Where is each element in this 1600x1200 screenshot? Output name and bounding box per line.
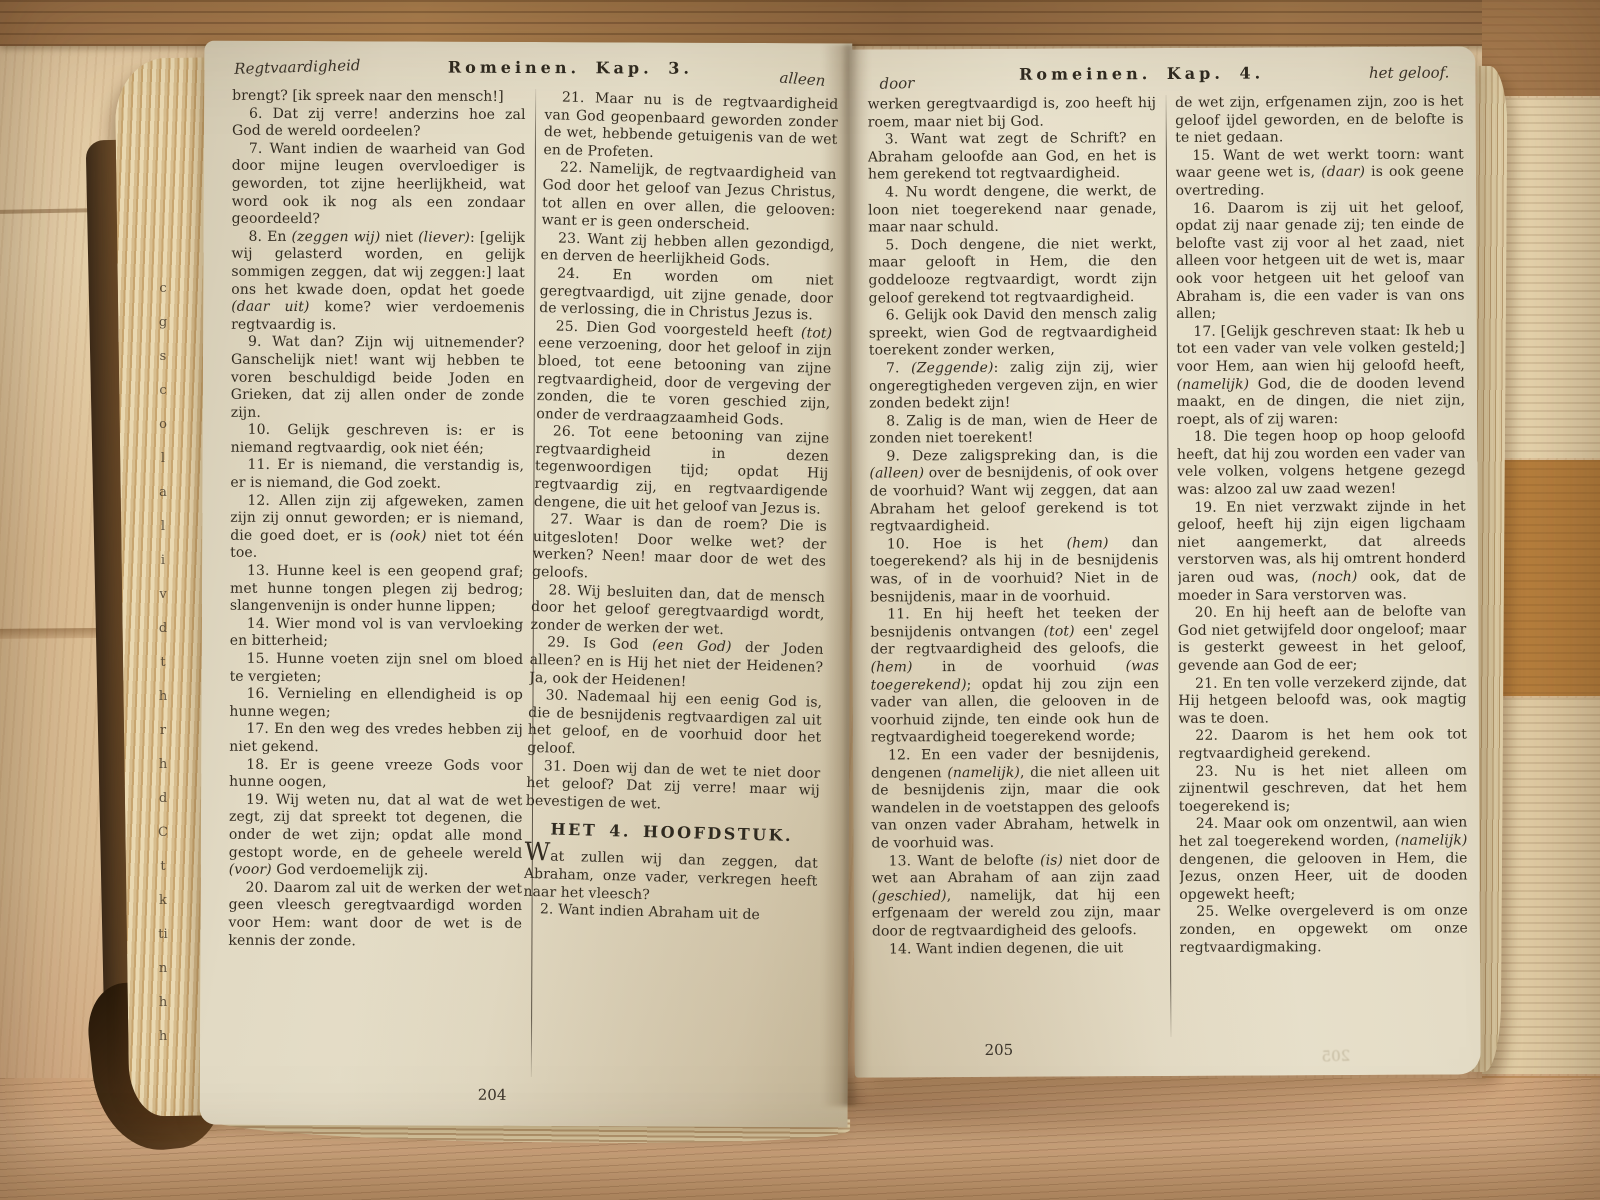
verse-paragraph: 5. Doch dengene, die niet werkt, maar ge… bbox=[868, 236, 1157, 308]
verse-paragraph: 7. (Zeggende): zalig zijn zij, wier onge… bbox=[869, 359, 1158, 413]
verse-paragraph: 12. En een vader der besnijdenis, dengen… bbox=[871, 746, 1160, 853]
page-number: 204 bbox=[478, 1086, 507, 1104]
verse-paragraph: 15. Hunne voeten zijn snel om bloed te v… bbox=[230, 651, 524, 687]
running-head-catchword-right: alleen bbox=[779, 68, 826, 89]
verse-paragraph: 8. En (zeggen wij) niet (liever): [gelij… bbox=[231, 228, 525, 335]
running-head-title: Romeinen. Kap. 4. bbox=[1019, 63, 1264, 83]
verse-paragraph: 23. Nu is het niet alleen om zijnentwil … bbox=[1179, 762, 1468, 816]
verse-paragraph: 6. Gelijk ook David den mensch zalig spr… bbox=[869, 306, 1158, 360]
verse-paragraph: 14. Wier mond vol is van vervloeking en … bbox=[230, 616, 524, 652]
page-edge-letter: i bbox=[150, 544, 176, 578]
page-edge-letter: h bbox=[150, 986, 176, 1020]
verse-paragraph: 24. Maar ook om onzentwil, aan wien het … bbox=[1179, 815, 1468, 904]
verse-paragraph: 30. Nademaal hij een eenig God is, die d… bbox=[527, 687, 822, 765]
chapter-heading: HET 4. HOOFDSTUK. bbox=[524, 819, 818, 846]
page-edge-letter: s bbox=[150, 340, 176, 374]
page-edge-letter: t bbox=[150, 646, 176, 680]
text-column-1: brengt? [ik spreek naar den mensch!]6. D… bbox=[228, 88, 526, 1077]
verse-paragraph: 22. Daarom is het hem ook tot regtvaardi… bbox=[1178, 727, 1467, 764]
page-edge-letter: C bbox=[150, 816, 176, 850]
verse-paragraph: 6. Dat zij verre! anderzins hoe zal God … bbox=[232, 105, 526, 141]
right-page: door Romeinen. Kap. 4. het geloof. werke… bbox=[849, 46, 1480, 1077]
page-edge-letter: ti bbox=[150, 918, 176, 952]
verse-paragraph: 26. Tot eene betooning van zijne regtvaa… bbox=[533, 423, 829, 519]
verse-paragraph: 9. Wat dan? Zijn wij uitnemender? Gansch… bbox=[231, 334, 525, 423]
page-edge-letter: l bbox=[150, 442, 176, 476]
page-edge-letter: v bbox=[150, 578, 176, 612]
verse-paragraph: 10. Hoe is het (hem) dan toegerekend? al… bbox=[870, 535, 1159, 607]
verse-paragraph: 3. Want wat zegt de Schrift? en Abraham … bbox=[868, 130, 1157, 184]
verse-paragraph: 10. Gelijk geschreven is: er is niemand … bbox=[231, 422, 525, 458]
running-head-left-page: Regtvaardigheid Romeinen. Kap. 3. alleen bbox=[204, 41, 852, 79]
page-edge-letter: h bbox=[150, 1020, 176, 1054]
verse-paragraph: 19. Wij weten nu, dat al wat de wet zegt… bbox=[229, 791, 523, 880]
verse-paragraph: 25. Welke overgeleverd is om onze zonden… bbox=[1179, 903, 1468, 957]
running-head-catchword-right: het geloof. bbox=[1369, 64, 1450, 82]
verse-paragraph: brengt? [ik spreek naar den mensch!] bbox=[232, 88, 526, 107]
verse-paragraph: werken geregtvaardigd is, zoo heeft hij … bbox=[868, 95, 1157, 132]
underpage-letter-fragments: cgscolalivdthrhdCtktinhh bbox=[150, 272, 176, 1054]
page-edge-letter: d bbox=[150, 782, 176, 816]
verse-paragraph: 4. Nu wordt dengene, die werkt, de loon … bbox=[868, 183, 1157, 237]
verse-paragraph: 18. Er is geene vreeze Gods voor hunne o… bbox=[229, 756, 523, 792]
open-book: cgscolalivdthrhdCtktinhh Regtvaardigheid… bbox=[0, 0, 1600, 1200]
page-edge-letter: c bbox=[150, 272, 176, 306]
page-edge-letter: d bbox=[150, 612, 176, 646]
verse-paragraph: 29. Is God (een God) der Joden alleen? e… bbox=[528, 634, 823, 695]
verse-paragraph: de wet zijn, erfgenamen zijn, zoo is het… bbox=[1175, 93, 1464, 147]
verse-paragraph: 28. Wij besluiten dan, dat de mensch doo… bbox=[530, 582, 825, 643]
running-head-catchword-left: Regtvaardigheid bbox=[234, 56, 361, 78]
page-edge-letter: o bbox=[150, 408, 176, 442]
page-edge-letter: h bbox=[150, 748, 176, 782]
verse-paragraph: 16. Vernieling en ellendigheid is op hun… bbox=[229, 686, 523, 722]
text-column-2: 21. Maar nu is de regtvaardigheid van Go… bbox=[518, 89, 838, 1085]
verse-paragraph: 8. Zalig is de man, wien de Heer de zond… bbox=[869, 412, 1158, 449]
verse-paragraph: 11. Er is niemand, die verstandig is, er… bbox=[230, 457, 524, 493]
verse-paragraph: Wat zullen wij dan zeggen, dat Abraham, … bbox=[523, 843, 818, 909]
verse-paragraph: 17. En den weg des vredes hebben zij nie… bbox=[229, 721, 523, 757]
text-column-1: werken geregtvaardigd is, zoo heeft hij … bbox=[868, 95, 1161, 1038]
page-edge-letter: g bbox=[150, 306, 176, 340]
verse-paragraph: 7. Want indien de waarheid van God door … bbox=[232, 140, 526, 229]
page-number: 205 bbox=[985, 1041, 1014, 1059]
text-column-2: de wet zijn, erfgenamen zijn, zoo is het… bbox=[1175, 93, 1468, 1036]
verse-paragraph: 9. Deze zaligspreking dan, is die (allee… bbox=[869, 447, 1158, 536]
running-head-catchword-left: door bbox=[879, 74, 914, 93]
verse-paragraph: 20. En hij heeft aan de belofte van God … bbox=[1178, 604, 1467, 676]
page-edge-letter: l bbox=[150, 510, 176, 544]
page-edge-letter: c bbox=[150, 374, 176, 408]
page-edge-letter: t bbox=[150, 850, 176, 884]
verse-paragraph: 12. Allen zijn zij afgeweken, zamen zijn… bbox=[230, 492, 524, 564]
page-edge-letter: a bbox=[150, 476, 176, 510]
verse-paragraph: 21. Maar nu is de regtvaardigheid van Go… bbox=[543, 89, 838, 167]
text-columns: brengt? [ik spreek naar den mensch!]6. D… bbox=[200, 88, 852, 1079]
verse-paragraph: 21. En ten volle verzekerd zijnde, dat H… bbox=[1178, 674, 1467, 728]
verse-paragraph: 13. Want de belofte (is) niet door de we… bbox=[872, 852, 1161, 941]
verse-paragraph: 20. Daarom zal uit de werken der wet gee… bbox=[228, 879, 522, 951]
verse-paragraph: 27. Waar is dan de roem? Die is uitgeslo… bbox=[531, 511, 826, 589]
verse-paragraph: 14. Want indien degenen, die uit bbox=[872, 940, 1161, 959]
show-through-page-number: 205 bbox=[1322, 1047, 1351, 1066]
running-head-title: Romeinen. Kap. 3. bbox=[448, 58, 693, 78]
verse-paragraph: 18. Die tegen hoop op hoop geloofd heeft… bbox=[1177, 428, 1466, 500]
verse-paragraph: 25. Dien God voorgesteld heeft (tot) een… bbox=[536, 318, 832, 431]
verse-paragraph: 22. Namelijk, de regtvaardigheid van God… bbox=[541, 159, 836, 237]
verse-paragraph: 31. Doen wij dan de wet te niet door het… bbox=[525, 757, 820, 818]
verse-paragraph: 24. En worden om niet geregtvaardigd, ui… bbox=[538, 265, 833, 326]
verse-paragraph: 11. En hij heeft het teeken der besnijde… bbox=[870, 605, 1159, 747]
verse-paragraph: 16. Daarom is zij uit het geloof, opdat … bbox=[1176, 199, 1465, 324]
page-edge-letter: r bbox=[150, 714, 176, 748]
page-edge-letter: n bbox=[150, 952, 176, 986]
verse-paragraph: 19. En niet verzwakt zijnde in het geloo… bbox=[1177, 498, 1466, 605]
page-edge-letter: h bbox=[150, 680, 176, 714]
page-edge-letter: k bbox=[150, 884, 176, 918]
text-columns: werken geregtvaardigd is, zoo heeft hij … bbox=[850, 93, 1481, 1038]
left-page: Regtvaardigheid Romeinen. Kap. 3. alleen… bbox=[200, 41, 853, 1128]
running-head-right-page: door Romeinen. Kap. 4. het geloof. bbox=[849, 46, 1475, 84]
column-rule bbox=[1165, 95, 1171, 1037]
verse-paragraph: 15. Want de wet werkt toorn: want waar g… bbox=[1175, 146, 1464, 200]
verse-paragraph: 13. Hunne keel is een geopend graf; met … bbox=[230, 563, 524, 617]
verse-paragraph: 17. [Gelijk geschreven staat: Ik heb u t… bbox=[1176, 322, 1465, 429]
